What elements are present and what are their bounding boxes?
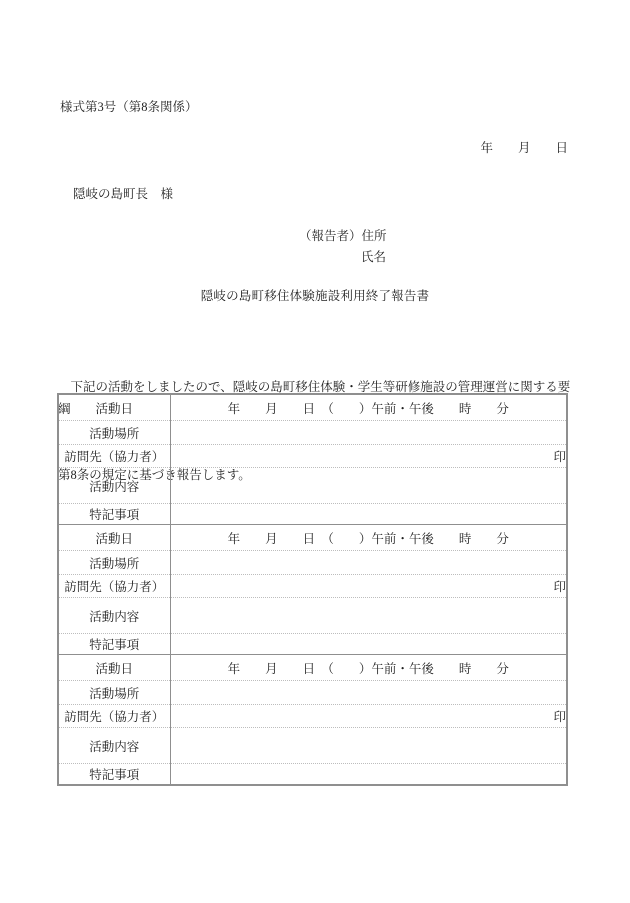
visit-label: 訪問先（協力者） xyxy=(58,445,170,468)
notes-label: 特記事項 xyxy=(58,504,170,525)
form-number: 様式第3号（第8条関係） xyxy=(60,97,198,115)
place-label: 活動場所 xyxy=(58,551,170,575)
notes-label: 特記事項 xyxy=(58,764,170,786)
table-row-place-block-3: 活動場所 xyxy=(58,681,567,705)
table-row-visit-block-3: 訪問先（協力者）印 xyxy=(58,705,567,728)
reporter-address-label: （報告者）住所 xyxy=(299,226,387,244)
date-value-cell: 年 月 日 （ ）午前・午後 時 分 xyxy=(170,655,567,681)
date-label: 活動日 xyxy=(58,525,170,551)
activity-report-table: 活動日年 月 日 （ ）午前・午後 時 分活動場所訪問先（協力者）印活動内容特記… xyxy=(57,393,568,786)
table-row-place-block-1: 活動場所 xyxy=(58,421,567,445)
place-label: 活動場所 xyxy=(58,681,170,705)
report-form-page: 様式第3号（第8条関係） 年 月 日 隠岐の島町長 様 （報告者）住所 氏名 隠… xyxy=(0,0,630,903)
document-title: 隠岐の島町移住体験施設利用終了報告書 xyxy=(0,286,630,304)
place-value-cell xyxy=(170,681,567,705)
date-value-cell: 年 月 日 （ ）午前・午後 時 分 xyxy=(170,394,567,421)
place-value-cell xyxy=(170,551,567,575)
table-row-content-block-2: 活動内容 xyxy=(58,598,567,634)
addressee-line: 隠岐の島町長 様 xyxy=(73,184,173,202)
table-row-date-block-1: 活動日年 月 日 （ ）午前・午後 時 分 xyxy=(58,394,567,421)
notes-label: 特記事項 xyxy=(58,634,170,655)
visit-value-cell: 印 xyxy=(170,575,567,598)
date-label: 活動日 xyxy=(58,394,170,421)
table-row-visit-block-1: 訪問先（協力者）印 xyxy=(58,445,567,468)
table-row-content-block-1: 活動内容 xyxy=(58,468,567,504)
visit-label: 訪問先（協力者） xyxy=(58,575,170,598)
table-row-notes-block-1: 特記事項 xyxy=(58,504,567,525)
notes-value-cell xyxy=(170,504,567,525)
visit-value-cell: 印 xyxy=(170,445,567,468)
report-table-body: 活動日年 月 日 （ ）午前・午後 時 分活動場所訪問先（協力者）印活動内容特記… xyxy=(58,394,567,785)
table-row-visit-block-2: 訪問先（協力者）印 xyxy=(58,575,567,598)
content-value-cell xyxy=(170,728,567,764)
table-row-notes-block-2: 特記事項 xyxy=(58,634,567,655)
table-row-place-block-2: 活動場所 xyxy=(58,551,567,575)
report-date-line: 年 月 日 xyxy=(480,138,568,156)
content-value-cell xyxy=(170,468,567,504)
content-label: 活動内容 xyxy=(58,468,170,504)
table-row-content-block-3: 活動内容 xyxy=(58,728,567,764)
place-label: 活動場所 xyxy=(58,421,170,445)
date-value-cell: 年 月 日 （ ）午前・午後 時 分 xyxy=(170,525,567,551)
date-label: 活動日 xyxy=(58,655,170,681)
visit-value-cell: 印 xyxy=(170,705,567,728)
table-row-notes-block-3: 特記事項 xyxy=(58,764,567,786)
place-value-cell xyxy=(170,421,567,445)
notes-value-cell xyxy=(170,764,567,786)
visit-label: 訪問先（協力者） xyxy=(58,705,170,728)
content-label: 活動内容 xyxy=(58,598,170,634)
table-row-date-block-3: 活動日年 月 日 （ ）午前・午後 時 分 xyxy=(58,655,567,681)
content-label: 活動内容 xyxy=(58,728,170,764)
content-value-cell xyxy=(170,598,567,634)
notes-value-cell xyxy=(170,634,567,655)
reporter-name-label: 氏名 xyxy=(361,247,386,265)
table-row-date-block-2: 活動日年 月 日 （ ）午前・午後 時 分 xyxy=(58,525,567,551)
